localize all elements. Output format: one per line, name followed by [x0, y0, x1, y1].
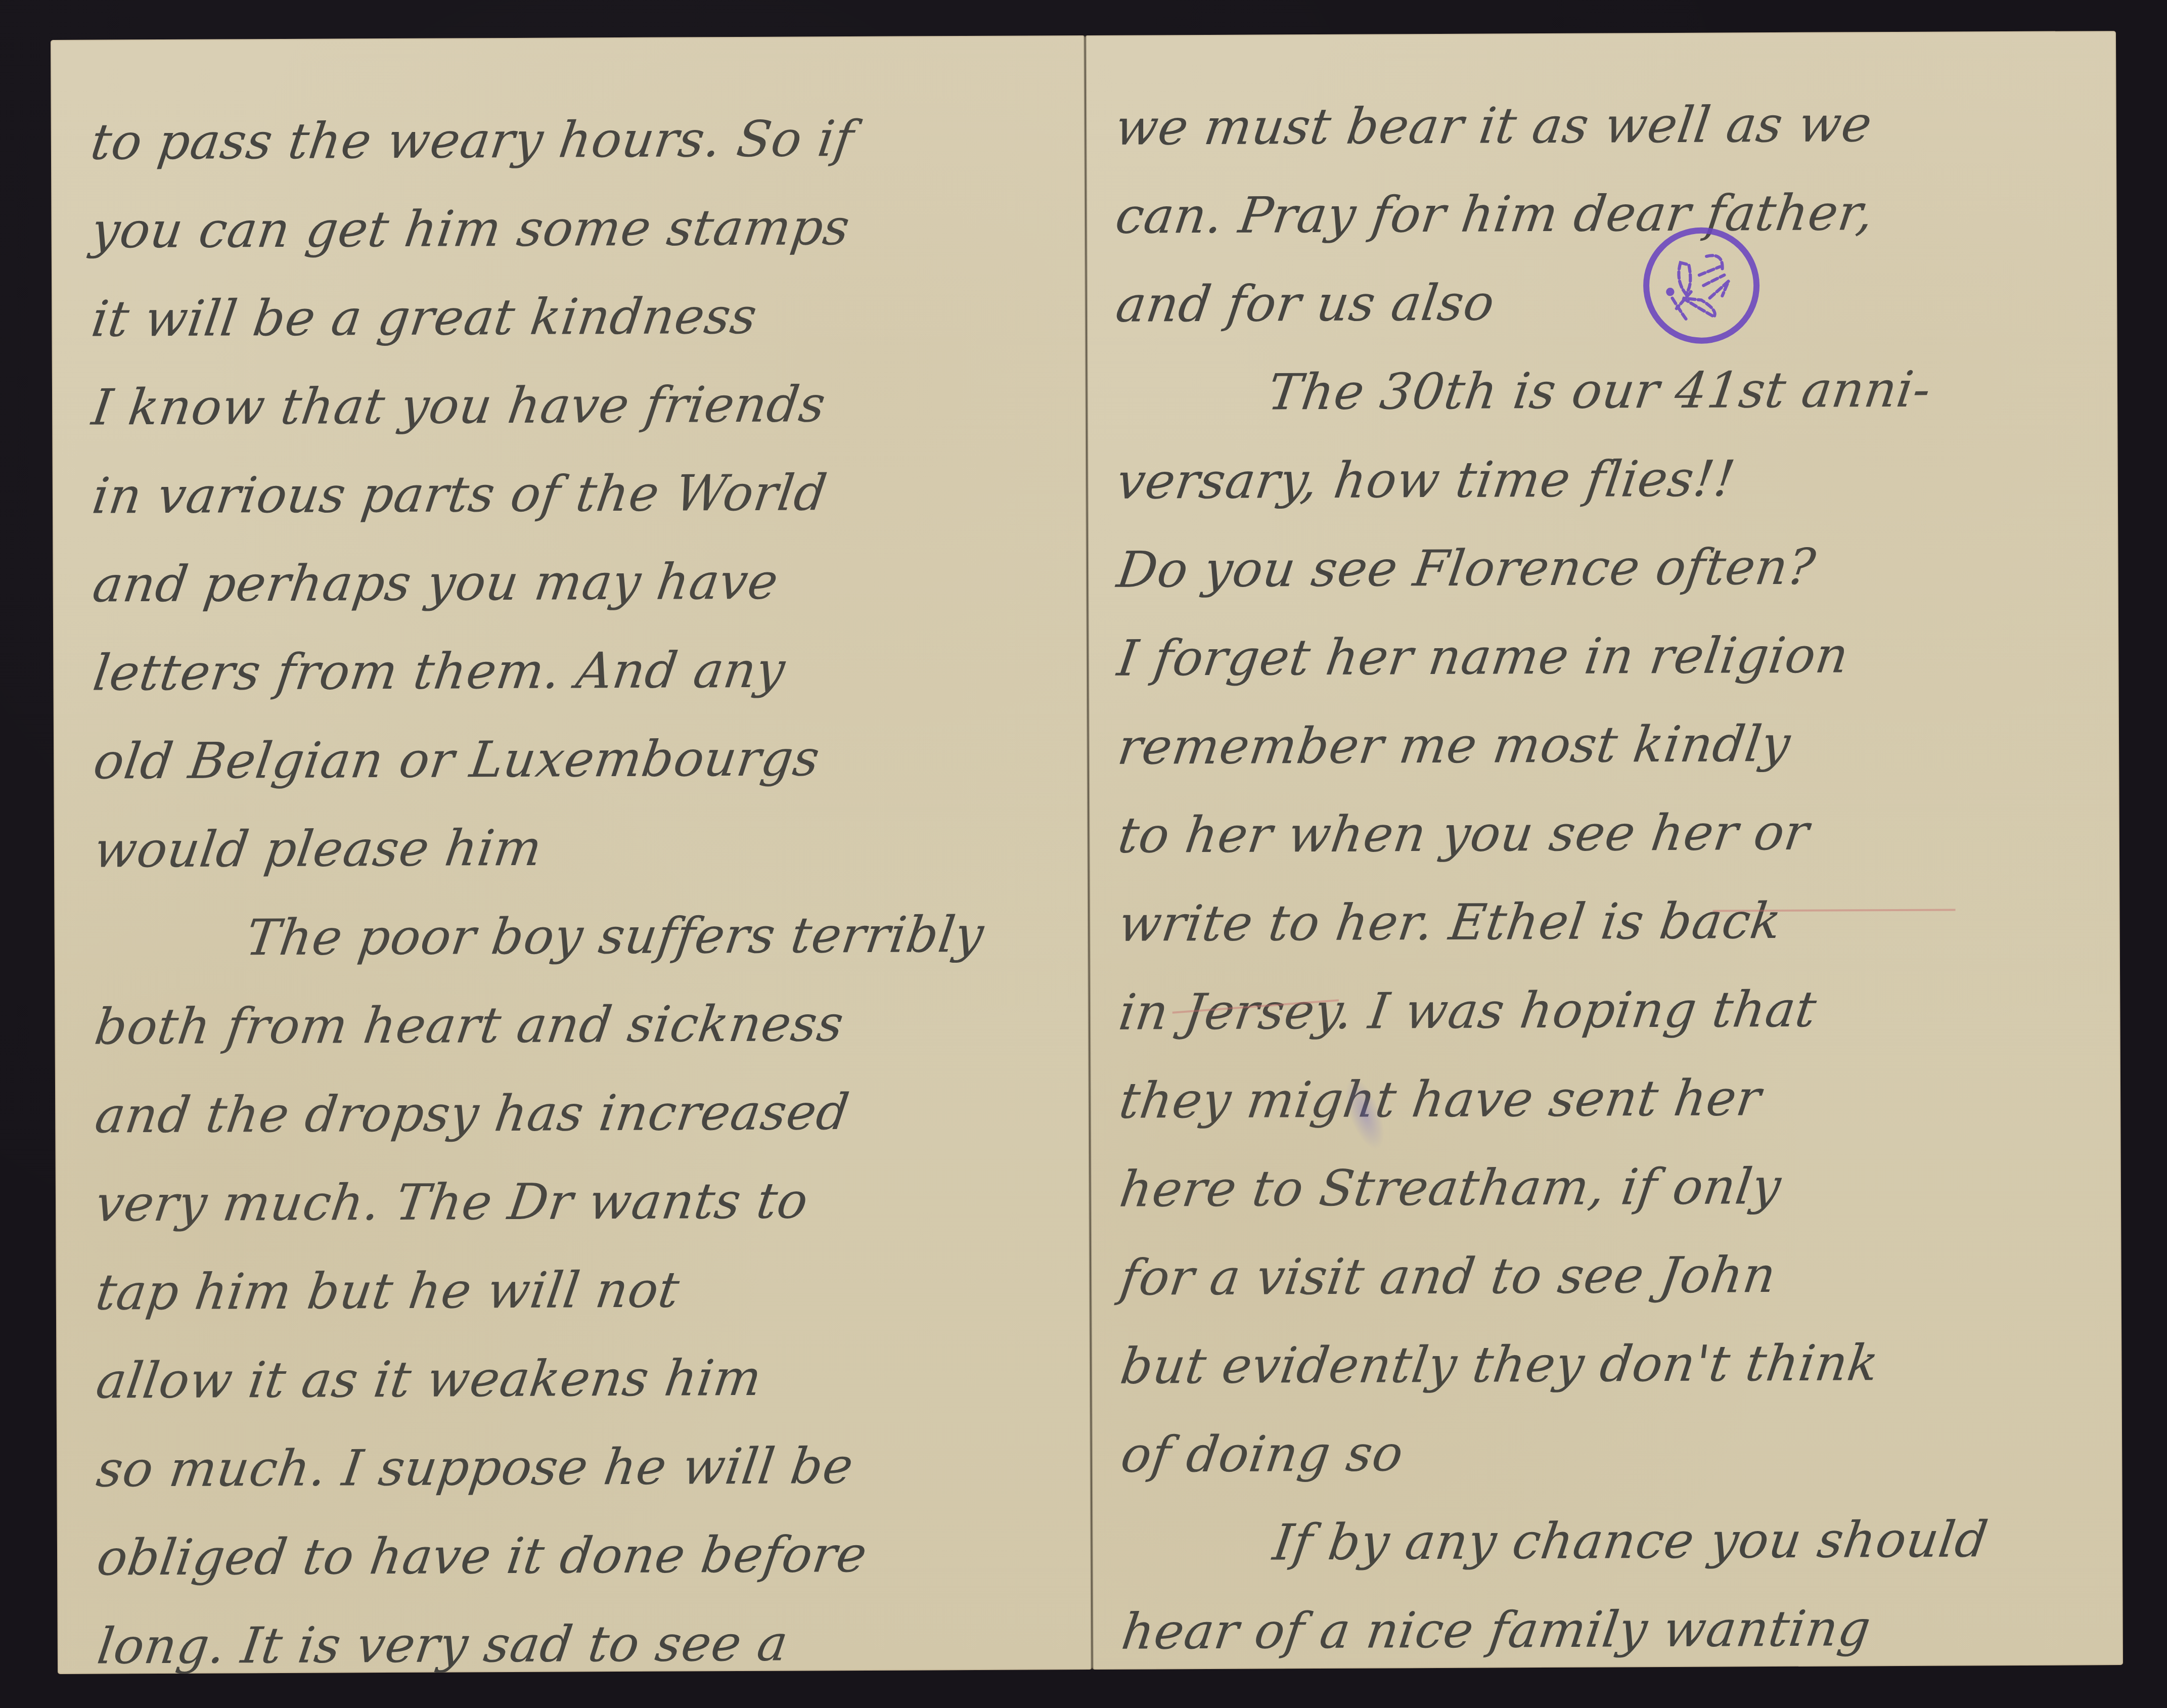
handwritten-line: so much. I suppose he will be: [91, 1421, 1077, 1514]
handwritten-line: The poor boy suffers terribly: [89, 890, 1075, 983]
handwritten-line: write to her. Ethel is back: [1113, 875, 2106, 968]
handwritten-line: to pass the weary hours. So if: [85, 94, 1071, 187]
handwritten-line: letters from them. And any: [88, 624, 1074, 717]
handwritten-line: obliged to have it done before: [92, 1509, 1077, 1602]
handwritten-line: I know that you have friends: [86, 359, 1072, 452]
handwritten-line: Do you see Florence often?: [1112, 521, 2104, 614]
handwritten-line: can. Pray for him dear father,: [1110, 167, 2103, 260]
handwritten-line: remember me most kindly: [1112, 698, 2105, 791]
handwritten-line: long. It is very sad to see a: [92, 1598, 1078, 1674]
handwritten-line: to her when you see her or: [1113, 787, 2105, 880]
collection-stamp: [1643, 227, 1760, 344]
handwritten-line: both from heart and sickness: [89, 978, 1075, 1071]
handwritten-line: for a visit and to see John: [1115, 1229, 2107, 1322]
handwritten-line: but evidently they don't think: [1115, 1318, 2108, 1411]
handwritten-line: they might have sent her: [1114, 1052, 2106, 1145]
handwritten-line: tap him but he will not: [91, 1244, 1076, 1337]
dragonfly-monogram-icon: [1649, 233, 1754, 338]
handwritten-line: The 30th is our 41st anni-: [1111, 344, 2103, 437]
left-page-lines: to pass the weary hours. So if you can g…: [91, 94, 1072, 1674]
handwritten-line: here to Streatham, if only: [1114, 1141, 2107, 1234]
handwritten-line: and perhaps you may have: [87, 536, 1073, 629]
handwritten-line: allow it as it weakens him: [91, 1332, 1077, 1425]
handwritten-line: we must bear it as well as we: [1110, 79, 2102, 172]
handwritten-line: versary, how time flies!!: [1111, 433, 2104, 526]
letter-sheet: to pass the weary hours. So if you can g…: [51, 31, 2123, 1674]
handwritten-line: it will be a great kindness: [86, 271, 1072, 364]
handwritten-line: of doing so: [1115, 1406, 2108, 1499]
handwritten-line: in various parts of the World: [87, 447, 1073, 541]
right-page-lines: we must bear it as well as we can. Pray …: [1115, 79, 2103, 1670]
handwritten-line: very much. The Dr wants to: [90, 1155, 1076, 1248]
handwritten-line: would please him: [88, 801, 1074, 894]
handwritten-line: and the dropsy has increased: [89, 1067, 1075, 1160]
right-page: we must bear it as well as we can. Pray …: [1085, 31, 2123, 1670]
handwritten-line: old Belgian or Luxembourgs: [88, 713, 1074, 806]
handwritten-line: If by any chance you should: [1116, 1495, 2108, 1588]
handwritten-line: you can get him some stamps: [86, 182, 1072, 275]
handwritten-line: and for us also: [1110, 256, 2103, 349]
handwritten-line: in Jersey. I was hoping that: [1113, 964, 2106, 1057]
handwritten-line: hear of a nice family wanting: [1116, 1583, 2109, 1670]
handwritten-line: I forget her name in religion: [1112, 610, 2104, 703]
left-page: to pass the weary hours. So if you can g…: [51, 35, 1092, 1674]
